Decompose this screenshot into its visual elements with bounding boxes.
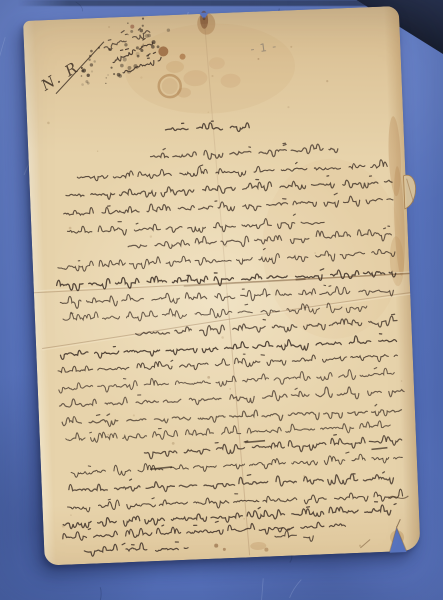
- letter-paper: N. R. - 1 -: [23, 6, 421, 566]
- stain-blob: [214, 544, 218, 548]
- paper-artwork: [23, 6, 421, 566]
- ink-smudge-dot: [120, 64, 124, 68]
- ink-smudge-dot: [81, 75, 83, 77]
- stain-blob: [264, 548, 268, 552]
- paper-speckle: [133, 414, 135, 416]
- handwriting-line: [58, 348, 398, 375]
- photograph-of-letter: N. R. - 1 -: [0, 0, 443, 600]
- ink-smudge-dot: [110, 67, 112, 69]
- crease-vertical-bottom: [227, 293, 250, 556]
- handwriting-line: [67, 487, 402, 514]
- ink-smudge-dot: [142, 25, 144, 27]
- ink-smudge-dot: [105, 83, 106, 84]
- handwriting-line: [58, 367, 394, 394]
- ink-smudge-dot: [127, 22, 129, 24]
- handwriting-line: [84, 541, 188, 557]
- paper-speckle: [243, 518, 245, 520]
- ink-smudge-dot: [90, 50, 93, 53]
- stain-blob: [223, 548, 226, 551]
- ink-smudge-dot: [124, 43, 127, 46]
- ink-smudge-dot: [105, 77, 107, 79]
- handwriting-line: [59, 384, 404, 411]
- ink-smudge-dot: [130, 30, 133, 33]
- scratch-mark: [100, 587, 101, 600]
- scratch-mark: [0, 37, 5, 65]
- paper-speckle: [401, 380, 403, 382]
- ink-smudge-dot: [90, 63, 94, 67]
- ink-smudge-dot: [112, 48, 113, 49]
- small-crack: [360, 539, 370, 547]
- paper-speckle: [150, 235, 153, 238]
- paper-speckle: [107, 434, 109, 436]
- tear-crack: [396, 519, 400, 527]
- handwriting-line: [62, 402, 402, 430]
- ink-smudge-dot: [93, 60, 96, 63]
- ink-smudge-dot: [123, 57, 127, 61]
- ink-smudge-dot: [86, 74, 89, 77]
- paper-speckle: [69, 227, 72, 230]
- ink-smudge-dot: [113, 73, 115, 75]
- signature-mark: [275, 527, 314, 543]
- scratch-mark: [290, 580, 302, 598]
- paper-speckle: [287, 106, 289, 108]
- paper-speckle: [359, 545, 361, 547]
- handwriting-line: [144, 432, 402, 459]
- stain-blob: [259, 156, 406, 341]
- paper-speckle: [70, 514, 72, 516]
- paper-speckle: [207, 376, 210, 379]
- paper-speckle: [172, 442, 175, 445]
- paper-speckle: [108, 26, 110, 28]
- handwriting-line: [150, 141, 338, 161]
- salutation-line: [165, 120, 249, 135]
- ink-smudge-dot: [81, 83, 84, 86]
- ink-smudge-dot: [108, 75, 109, 76]
- paper-speckle: [229, 388, 231, 390]
- paper-speckle: [97, 150, 99, 152]
- paper-speckle: [326, 80, 328, 82]
- paper-speckle: [290, 46, 292, 48]
- stain-blob: [130, 25, 134, 29]
- paper-speckle: [221, 336, 224, 339]
- ink-smudge-dot: [142, 17, 144, 19]
- ink-smudge-dot: [91, 70, 93, 72]
- handwriting-line: [69, 469, 394, 497]
- strikethrough-mark: [150, 467, 172, 469]
- scratch-mark: [261, 578, 263, 600]
- strikethrough-mark: [371, 448, 387, 450]
- paper-speckle: [47, 122, 50, 125]
- crease-knot: [296, 279, 306, 280]
- stain-blob: [250, 542, 266, 551]
